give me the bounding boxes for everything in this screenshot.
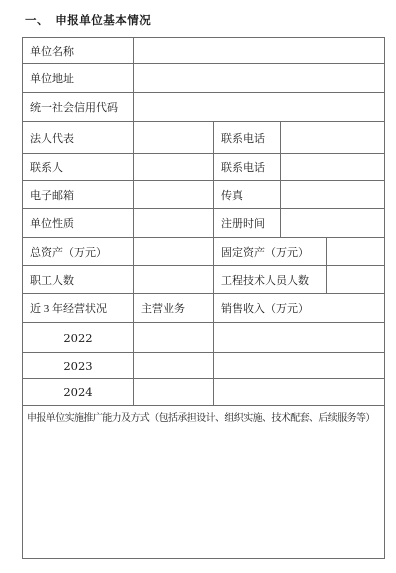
promotion-capability-label: 申报单位实施推广能力及方式（包括承担设计、组织实施、技术配套、后续服务等）	[27, 409, 381, 424]
tech-staff-count-field[interactable]	[327, 266, 385, 294]
row-unit-nature: 单位性质 注册时间	[23, 209, 385, 238]
row-year-2024: 2024	[23, 379, 385, 406]
fax-label: 传真	[214, 181, 281, 209]
reg-time-field[interactable]	[281, 209, 385, 238]
contact-person-field[interactable]	[134, 154, 214, 181]
row-business-header: 近 3 年经营状况 主营业务 销售收入（万元）	[23, 294, 385, 323]
legal-rep-phone-label: 联系电话	[214, 122, 281, 154]
email-label: 电子邮箱	[23, 181, 134, 209]
row-year-2023: 2023	[23, 353, 385, 379]
row-staff-count: 职工人数 工程技术人员人数	[23, 266, 385, 294]
contact-phone-label: 联系电话	[214, 154, 281, 181]
unit-nature-label: 单位性质	[23, 209, 134, 238]
main-business-label: 主营业务	[134, 294, 214, 323]
contact-person-label: 联系人	[23, 154, 134, 181]
fixed-assets-field[interactable]	[327, 238, 385, 266]
row-unit-name: 单位名称	[23, 38, 385, 64]
row-promotion-capability: 申报单位实施推广能力及方式（包括承担设计、组织实施、技术配套、后续服务等）	[23, 406, 385, 559]
row-year-2022: 2022	[23, 323, 385, 353]
row-email-fax: 电子邮箱 传真	[23, 181, 385, 209]
unit-name-label: 单位名称	[23, 38, 134, 64]
applicant-info-table: 单位名称 单位地址 统一社会信用代码 法人代表 联系电话 联系人 联系电话 电子…	[22, 37, 385, 559]
year-2023-main-business-field[interactable]	[134, 353, 214, 379]
unit-address-label: 单位地址	[23, 64, 134, 93]
row-credit-code: 统一社会信用代码	[23, 93, 385, 122]
staff-count-label: 职工人数	[23, 266, 134, 294]
contact-phone-field[interactable]	[281, 154, 385, 181]
year-2024-sales-revenue-field[interactable]	[214, 379, 385, 406]
unit-nature-field[interactable]	[134, 209, 214, 238]
year-2023-sales-revenue-field[interactable]	[214, 353, 385, 379]
tech-staff-count-label: 工程技术人员人数	[214, 266, 327, 294]
year-2022-label: 2022	[23, 323, 134, 353]
total-assets-label: 总资产（万元）	[23, 238, 134, 266]
row-contact-person: 联系人 联系电话	[23, 154, 385, 181]
unit-address-field[interactable]	[134, 64, 385, 93]
fax-field[interactable]	[281, 181, 385, 209]
credit-code-label: 统一社会信用代码	[23, 93, 134, 122]
recent-3yr-status-label: 近 3 年经营状况	[23, 294, 134, 323]
fixed-assets-label: 固定资产（万元）	[214, 238, 327, 266]
year-2022-main-business-field[interactable]	[134, 323, 214, 353]
year-2024-main-business-field[interactable]	[134, 379, 214, 406]
unit-name-field[interactable]	[134, 38, 385, 64]
reg-time-label: 注册时间	[214, 209, 281, 238]
year-2024-label: 2024	[23, 379, 134, 406]
legal-rep-phone-field[interactable]	[281, 122, 385, 154]
document-page: 一、 申报单位基本情况 单位名称 单位地址 统一社会信用代码 法人代表 联系电话…	[0, 0, 396, 573]
row-unit-address: 单位地址	[23, 64, 385, 93]
year-2023-label: 2023	[23, 353, 134, 379]
credit-code-field[interactable]	[134, 93, 385, 122]
section-title: 一、 申报单位基本情况	[25, 12, 151, 28]
legal-rep-label: 法人代表	[23, 122, 134, 154]
sales-revenue-label: 销售收入（万元）	[214, 294, 385, 323]
row-total-assets: 总资产（万元） 固定资产（万元）	[23, 238, 385, 266]
staff-count-field[interactable]	[134, 266, 214, 294]
legal-rep-field[interactable]	[134, 122, 214, 154]
total-assets-field[interactable]	[134, 238, 214, 266]
promotion-capability-cell[interactable]: 申报单位实施推广能力及方式（包括承担设计、组织实施、技术配套、后续服务等）	[23, 406, 385, 559]
row-legal-rep: 法人代表 联系电话	[23, 122, 385, 154]
year-2022-sales-revenue-field[interactable]	[214, 323, 385, 353]
email-field[interactable]	[134, 181, 214, 209]
